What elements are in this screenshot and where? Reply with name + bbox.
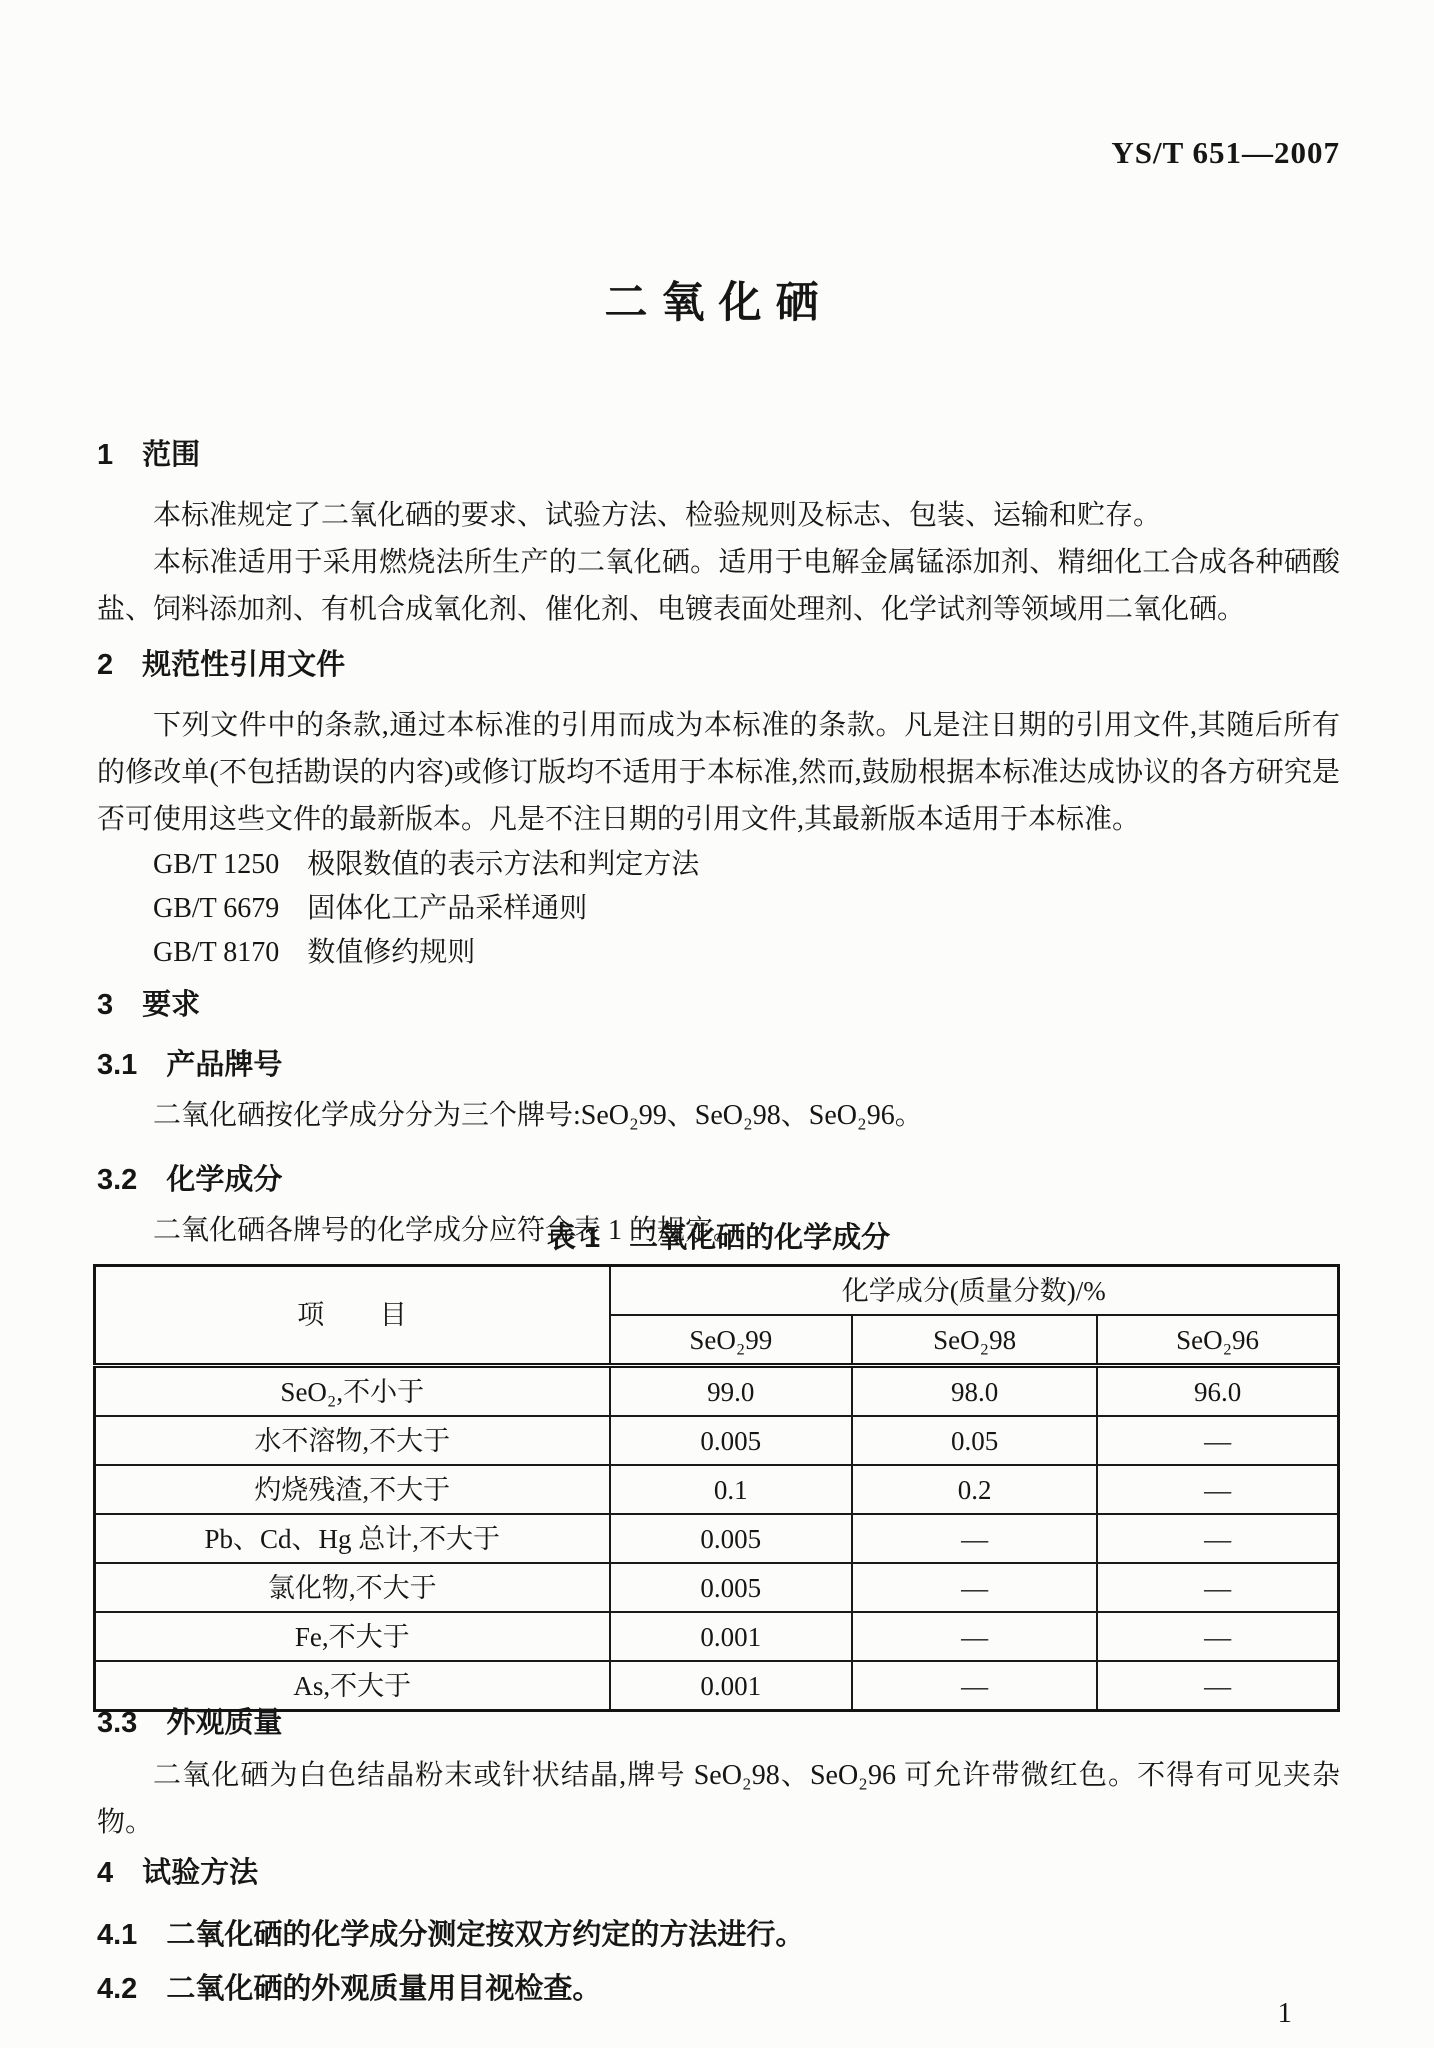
value-cell: 0.001 [610, 1612, 853, 1661]
item-cell: Fe,不大于 [95, 1612, 610, 1661]
document-page: YS/T 651—2007 二氧化硒 1 范围 本标准规定了二氧化硒的要求、试验… [0, 0, 1434, 2048]
column-header-composition-group: 化学成分(质量分数)/% [610, 1266, 1339, 1316]
table-header-row-group: 项 目 化学成分(质量分数)/% [95, 1266, 1339, 1316]
value-cell: — [852, 1514, 1097, 1563]
value-cell: — [1097, 1416, 1338, 1465]
reference-title: 极限数值的表示方法和判定方法 [307, 849, 699, 880]
reference-code: GB/T 6679 [153, 893, 279, 924]
section-1-paragraph-2: 本标准适用于采用燃烧法所生产的二氧化硒。适用于电解金属锰添加剂、精细化工合成各种… [97, 539, 1340, 633]
value-cell: — [1097, 1465, 1338, 1514]
reference-code: GB/T 8170 [153, 937, 279, 968]
clause-4-1: 4.1 二氧化硒的化学成分测定按双方约定的方法进行。 [97, 1914, 1340, 1956]
section-1-heading: 1 范围 [97, 436, 1340, 474]
section-1-paragraph-1: 本标准规定了二氧化硒的要求、试验方法、检验规则及标志、包装、运输和贮存。 [97, 492, 1340, 539]
table-row: 氯化物,不大于 0.005 — — [95, 1563, 1339, 1612]
item-cell: 水不溶物,不大于 [95, 1416, 610, 1465]
section-3-1-paragraph: 二氧化硒按化学成分分为三个牌号:SeO₂99、SeO₂98、SeO₂96。 [97, 1092, 1340, 1139]
value-cell: 99.0 [610, 1366, 853, 1417]
value-cell: 0.2 [852, 1465, 1097, 1514]
section-4-test-methods: 4 试验方法 4.1 二氧化硒的化学成分测定按双方约定的方法进行。 4.2 二氧… [97, 1854, 1340, 2010]
table-row: SeO₂,不小于 99.0 98.0 96.0 [95, 1366, 1339, 1417]
table-row: 灼烧残渣,不大于 0.1 0.2 — [95, 1465, 1339, 1514]
column-header-item: 项 目 [95, 1266, 610, 1366]
item-cell: 灼烧残渣,不大于 [95, 1465, 610, 1514]
table-row: Fe,不大于 0.001 — — [95, 1612, 1339, 1661]
reference-item: GB/T 1250 极限数值的表示方法和判定方法 [97, 843, 1340, 887]
page-number: 1 [1278, 1994, 1293, 2032]
value-cell: — [1097, 1514, 1338, 1563]
reference-title: 数值修约规则 [307, 937, 475, 968]
table-row: 水不溶物,不大于 0.005 0.05 — [95, 1416, 1339, 1465]
table-row: Pb、Cd、Hg 总计,不大于 0.005 — — [95, 1514, 1339, 1563]
value-cell: 0.1 [610, 1465, 853, 1514]
column-header-grade: SeO₂98 [852, 1315, 1097, 1366]
section-3-1-heading: 3.1 产品牌号 [97, 1046, 1340, 1084]
item-cell: Pb、Cd、Hg 总计,不大于 [95, 1514, 610, 1563]
section-4-heading: 4 试验方法 [97, 1854, 1340, 1892]
item-cell: 氯化物,不大于 [95, 1563, 610, 1612]
value-cell: — [852, 1612, 1097, 1661]
section-3-2-heading: 3.2 化学成分 [97, 1161, 1340, 1199]
reference-item: GB/T 6679 固体化工产品采样通则 [97, 887, 1340, 931]
section-2-heading: 2 规范性引用文件 [97, 646, 1340, 684]
document-title: 二氧化硒 [97, 274, 1340, 332]
item-cell: SeO₂,不小于 [95, 1366, 610, 1417]
section-1-scope: 1 范围 本标准规定了二氧化硒的要求、试验方法、检验规则及标志、包装、运输和贮存… [97, 436, 1340, 633]
value-cell: 0.005 [610, 1563, 853, 1612]
value-cell: 0.005 [610, 1514, 853, 1563]
section-2-paragraph-1: 下列文件中的条款,通过本标准的引用而成为本标准的条款。凡是注日期的引用文件,其随… [97, 702, 1340, 843]
column-header-grade: SeO₂96 [1097, 1315, 1338, 1366]
section-3-requirements: 3 要求 3.1 产品牌号 二氧化硒按化学成分分为三个牌号:SeO₂99、SeO… [97, 986, 1340, 1254]
value-cell: — [1097, 1563, 1338, 1612]
reference-title: 固体化工产品采样通则 [307, 893, 587, 924]
reference-item: GB/T 8170 数值修约规则 [97, 931, 1340, 975]
column-header-grade: SeO₂99 [610, 1315, 853, 1366]
section-3-3-appearance: 3.3 外观质量 二氧化硒为白色结晶粉末或针状结晶,牌号 SeO₂98、SeO₂… [97, 1704, 1340, 1846]
table-1-caption: 表 1 二氧化硒的化学成分 [97, 1218, 1340, 1258]
table-1-chemical-composition: 项 目 化学成分(质量分数)/% SeO₂99 SeO₂98 SeO₂96 Se… [93, 1264, 1340, 1712]
value-cell: — [1097, 1612, 1338, 1661]
value-cell: 96.0 [1097, 1366, 1338, 1417]
section-3-heading: 3 要求 [97, 986, 1340, 1024]
section-2-references: 2 规范性引用文件 下列文件中的条款,通过本标准的引用而成为本标准的条款。凡是注… [97, 646, 1340, 975]
value-cell: 0.05 [852, 1416, 1097, 1465]
value-cell: 98.0 [852, 1366, 1097, 1417]
section-3-3-paragraph: 二氧化硒为白色结晶粉末或针状结晶,牌号 SeO₂98、SeO₂96 可允许带微红… [97, 1752, 1340, 1846]
reference-code: GB/T 1250 [153, 849, 279, 880]
clause-4-2: 4.2 二氧化硒的外观质量用目视检查。 [97, 1968, 1340, 2010]
value-cell: — [852, 1563, 1097, 1612]
section-3-3-heading: 3.3 外观质量 [97, 1704, 1340, 1742]
standard-code: YS/T 651—2007 [97, 134, 1340, 172]
value-cell: 0.005 [610, 1416, 853, 1465]
